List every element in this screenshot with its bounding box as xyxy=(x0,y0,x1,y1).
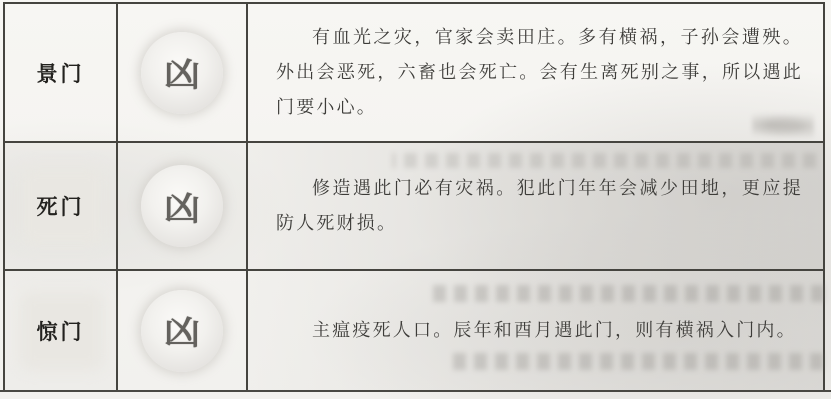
gate-name-cell: 景门 xyxy=(5,4,118,143)
inauspicious-stamp-icon: 凶 xyxy=(141,165,223,247)
inauspicious-character: 凶 xyxy=(164,183,200,230)
gate-description: 主瘟疫死人口。辰年和酉月遇此门，则有横祸入门内。 xyxy=(276,313,803,348)
inauspicious-stamp-icon: 凶 xyxy=(141,290,223,372)
luck-badge-cell: 凶 xyxy=(118,143,248,271)
gates-table: 景门 凶 有血光之灾，官家会卖田庄。多有横祸，子孙会遭殃。外出会恶死，六畜也会死… xyxy=(3,2,825,392)
inauspicious-character: 凶 xyxy=(164,307,200,354)
gate-name-cell: 死门 xyxy=(5,143,118,271)
inauspicious-character: 凶 xyxy=(164,49,200,96)
gate-description-cell: 修造遇此门必有灾祸。犯此门年年会减少田地，更应提防人死财损。 xyxy=(248,143,823,271)
gate-name: 惊门 xyxy=(37,316,85,346)
gate-description: 修造遇此门必有灾祸。犯此门年年会减少田地，更应提防人死财损。 xyxy=(276,171,803,241)
gate-name: 死门 xyxy=(37,191,85,221)
gate-name: 景门 xyxy=(37,58,85,88)
luck-badge-cell: 凶 xyxy=(118,4,248,143)
inauspicious-stamp-icon: 凶 xyxy=(141,32,223,114)
gate-description-cell: 有血光之灾，官家会卖田庄。多有横祸，子孙会遭殃。外出会恶死，六畜也会死亡。会有生… xyxy=(248,4,823,143)
gate-name-cell: 惊门 xyxy=(5,271,118,390)
gate-description: 有血光之灾，官家会卖田庄。多有横祸，子孙会遭殃。外出会恶死，六畜也会死亡。会有生… xyxy=(276,20,803,125)
luck-badge-cell: 凶 xyxy=(118,271,248,390)
scanned-page: 景门 凶 有血光之灾，官家会卖田庄。多有横祸，子孙会遭殃。外出会恶死，六畜也会死… xyxy=(0,0,831,399)
gate-description-cell: 主瘟疫死人口。辰年和酉月遇此门，则有横祸入门内。 xyxy=(248,271,823,390)
